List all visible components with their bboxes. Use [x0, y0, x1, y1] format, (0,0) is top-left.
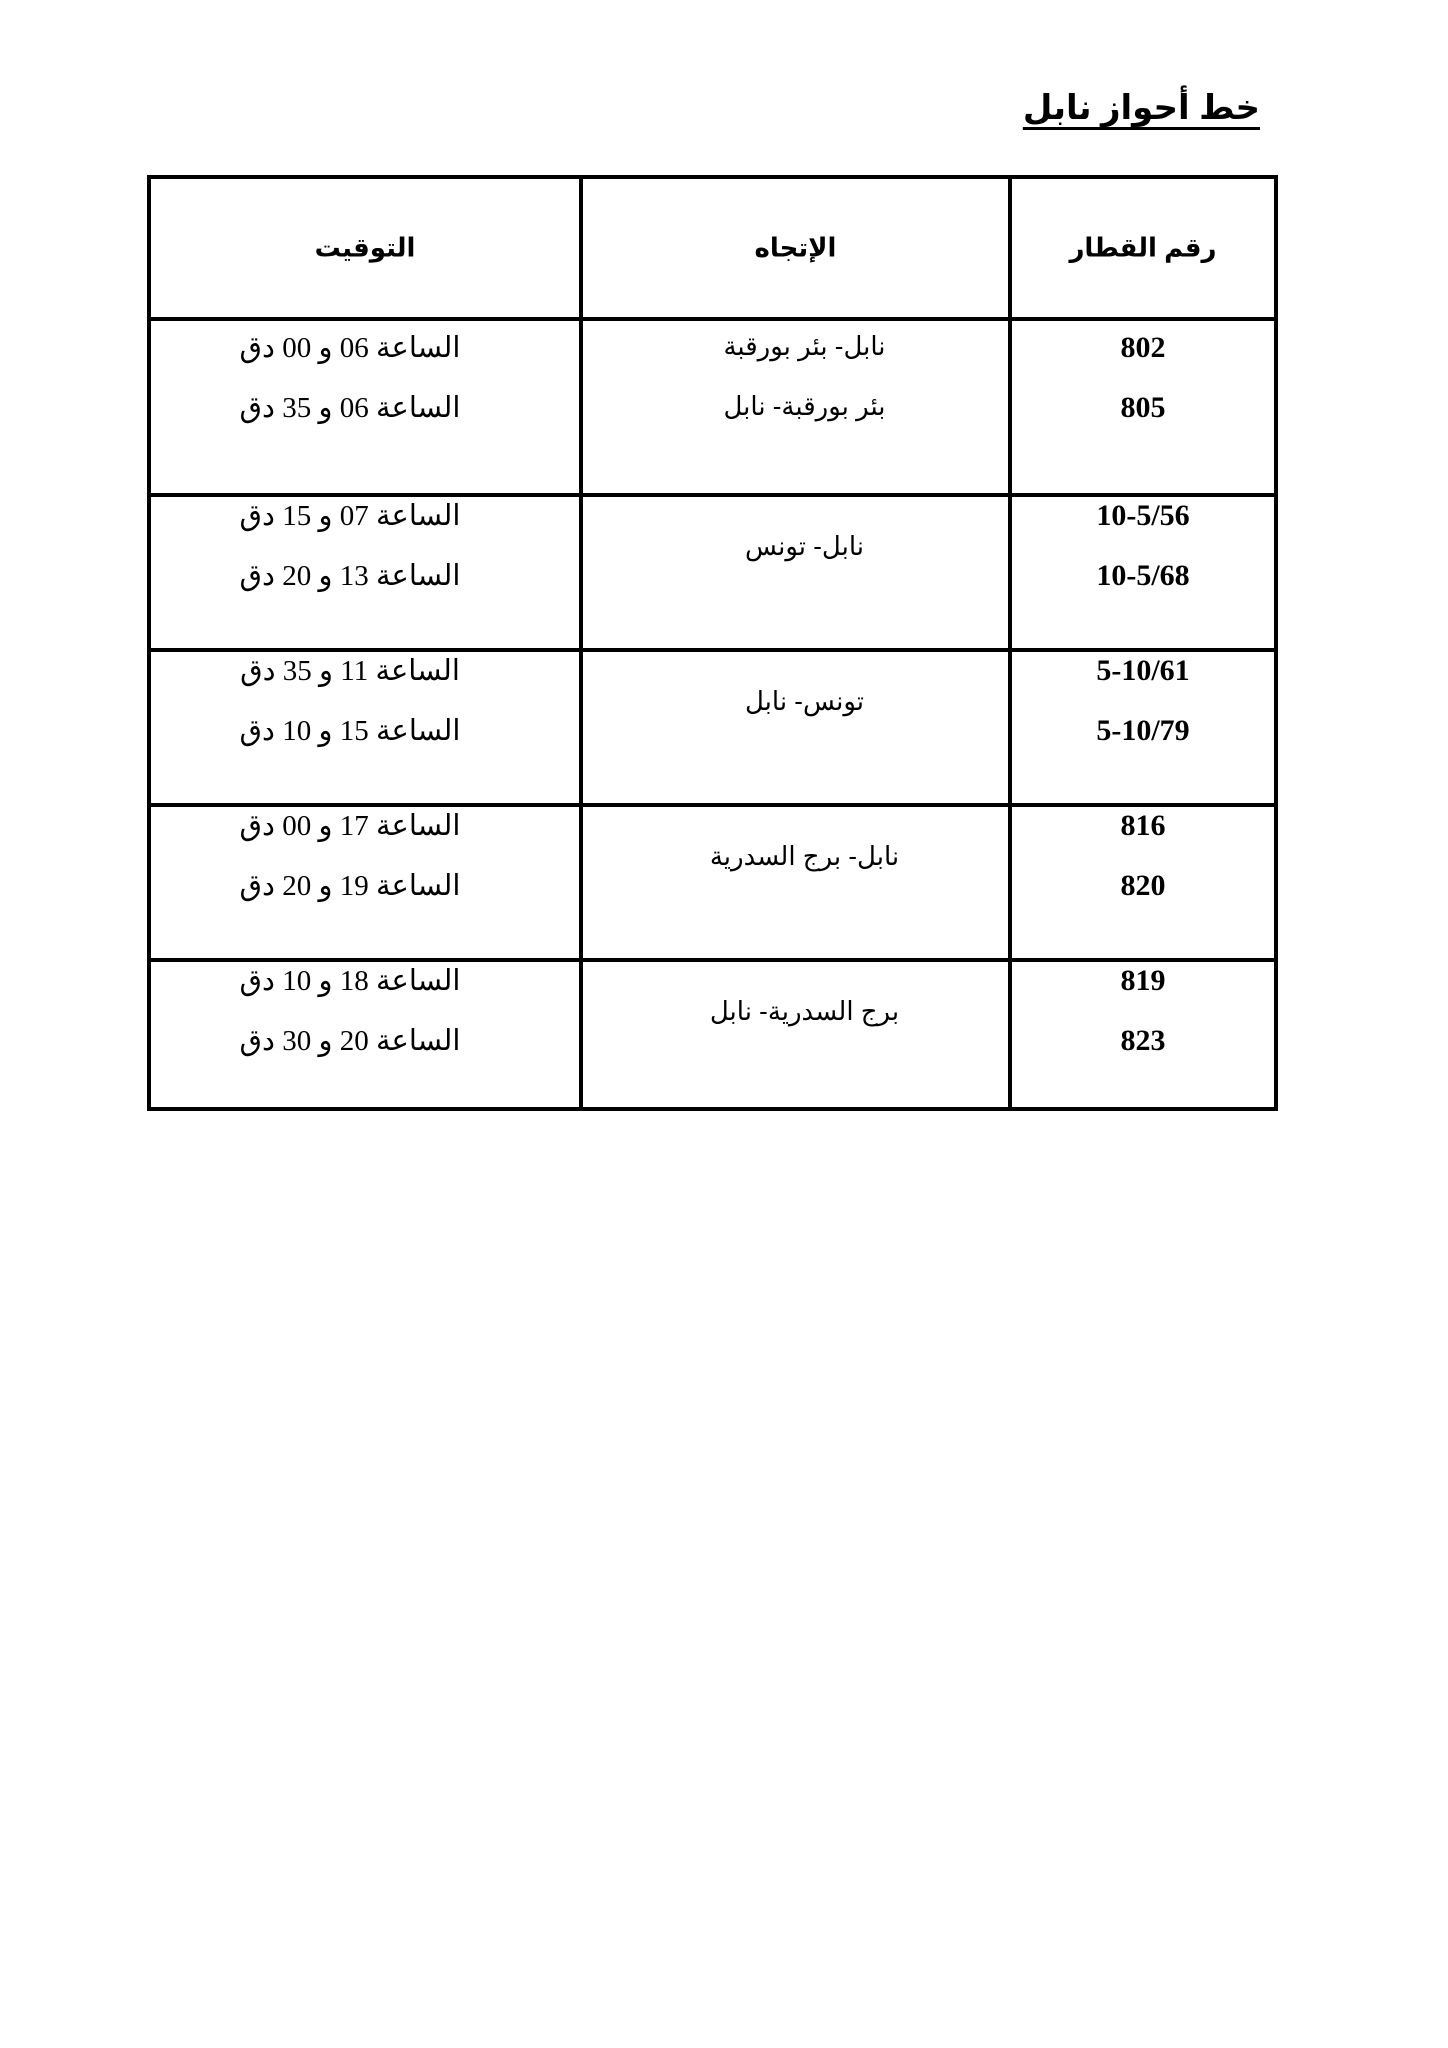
table-row: الساعة 07 و 15 دق الساعة 13 و 20 دق نابل…: [151, 497, 1274, 652]
header-timing: التوقيت: [151, 233, 579, 264]
direction-cell: تونس- نابل: [583, 652, 1012, 803]
direction-cell: برج السدرية- نابل: [583, 962, 1012, 1111]
page-title: خط أحواز نابل: [1023, 88, 1260, 128]
route-direction: نابل- بئر بورقبة: [583, 329, 1008, 363]
table-header-row: التوقيت الإتجاه رقم القطار: [151, 179, 1274, 321]
route-direction: برج السدرية- نابل: [583, 994, 1008, 1028]
direction-cell: نابل- تونس: [583, 497, 1012, 648]
route-direction: تونس- نابل: [583, 684, 1008, 718]
train-number: 819: [1012, 964, 1274, 998]
train-number: 805: [1012, 391, 1274, 425]
train-number-cell: 5-10/61 5-10/79: [1012, 652, 1274, 803]
train-number: 820: [1012, 869, 1274, 903]
table-row: الساعة 06 و 00 دق الساعة 06 و 35 دق نابل…: [151, 321, 1274, 497]
departure-time: الساعة 17 و 00 دق: [151, 809, 579, 843]
departure-time: الساعة 11 و 35 دق: [151, 654, 579, 688]
train-number: 816: [1012, 809, 1274, 843]
train-number: 5-10/61: [1012, 654, 1274, 688]
route-direction: نابل- تونس: [583, 529, 1008, 563]
header-cell-timing: التوقيت: [151, 179, 583, 317]
header-train-number: رقم القطار: [1012, 233, 1274, 264]
departure-time: الساعة 20 و 30 دق: [151, 1024, 579, 1058]
train-number-cell: 802 805: [1012, 321, 1274, 493]
route-direction: نابل- برج السدرية: [583, 839, 1008, 873]
table-row: الساعة 11 و 35 دق الساعة 15 و 10 دق تونس…: [151, 652, 1274, 807]
time-cell: الساعة 17 و 00 دق الساعة 19 و 20 دق: [151, 807, 583, 958]
time-cell: الساعة 18 و 10 دق الساعة 20 و 30 دق: [151, 962, 583, 1111]
time-cell: الساعة 11 و 35 دق الساعة 15 و 10 دق: [151, 652, 583, 803]
train-number-cell: 10-5/56 10-5/68: [1012, 497, 1274, 648]
departure-time: الساعة 07 و 15 دق: [151, 499, 579, 533]
departure-time: الساعة 15 و 10 دق: [151, 714, 579, 748]
train-schedule-table: التوقيت الإتجاه رقم القطار الساعة 06 و 0…: [147, 175, 1278, 1111]
direction-cell: نابل- بئر بورقبة بئر بورقبة- نابل: [583, 321, 1012, 493]
departure-time: الساعة 19 و 20 دق: [151, 869, 579, 903]
departure-time: الساعة 18 و 10 دق: [151, 964, 579, 998]
header-direction: الإتجاه: [583, 233, 1008, 264]
train-number: 823: [1012, 1024, 1274, 1058]
train-number: 5-10/79: [1012, 714, 1274, 748]
time-cell: الساعة 06 و 00 دق الساعة 06 و 35 دق: [151, 321, 583, 493]
departure-time: الساعة 06 و 35 دق: [151, 391, 579, 425]
table-row: الساعة 17 و 00 دق الساعة 19 و 20 دق نابل…: [151, 807, 1274, 962]
train-number: 10-5/56: [1012, 499, 1274, 533]
time-cell: الساعة 07 و 15 دق الساعة 13 و 20 دق: [151, 497, 583, 648]
departure-time: الساعة 13 و 20 دق: [151, 559, 579, 593]
train-number-cell: 819 823: [1012, 962, 1274, 1111]
direction-cell: نابل- برج السدرية: [583, 807, 1012, 958]
departure-time: الساعة 06 و 00 دق: [151, 331, 579, 365]
route-direction: بئر بورقبة- نابل: [583, 389, 1008, 423]
train-number-cell: 816 820: [1012, 807, 1274, 958]
train-number: 10-5/68: [1012, 559, 1274, 593]
header-cell-direction: الإتجاه: [583, 179, 1012, 317]
table-row: الساعة 18 و 10 دق الساعة 20 و 30 دق برج …: [151, 962, 1274, 1111]
train-number: 802: [1012, 331, 1274, 365]
header-cell-train-number: رقم القطار: [1012, 179, 1274, 317]
